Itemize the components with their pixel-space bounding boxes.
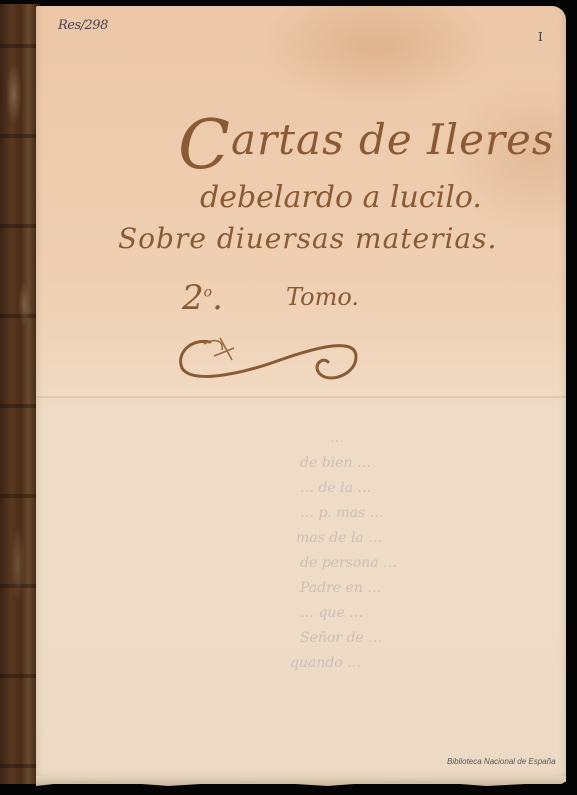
folio-number: I xyxy=(538,30,543,44)
bleed-line: mas de la … xyxy=(296,530,382,546)
bleed-line: … de la … xyxy=(300,480,371,496)
book-spine xyxy=(0,4,40,784)
bleed-line: … xyxy=(330,430,344,446)
volume-word: Tomo. xyxy=(286,283,359,311)
title-initial: C xyxy=(178,106,231,185)
bleed-line: quando … xyxy=(290,655,361,671)
volume-numeral: 2 xyxy=(182,278,204,318)
shelfmark-label: Res/298 xyxy=(58,18,108,33)
bleed-line: … que … xyxy=(300,605,363,621)
paper-fold-line xyxy=(36,396,566,398)
volume-ordinal: o xyxy=(204,285,212,301)
title-line-1-text: artas de Ileres xyxy=(231,115,554,164)
bleed-line: … p. mas … xyxy=(300,505,384,521)
title-line-1: Cartas de Ileres xyxy=(178,92,554,171)
bleed-line: de bien … xyxy=(300,455,371,471)
flourish-ornament-icon xyxy=(170,320,370,392)
volume-number: 2o. xyxy=(182,278,223,318)
bleed-line: de persona … xyxy=(300,555,397,571)
bleed-line: Señor de … xyxy=(300,630,382,646)
bleed-line: Padre en … xyxy=(300,580,381,596)
library-credit: Biblioteca Nacional de España xyxy=(447,757,556,766)
title-line-2: debelardo a lucilo. xyxy=(200,180,482,215)
title-line-3: Sobre diuersas materias. xyxy=(118,222,497,255)
